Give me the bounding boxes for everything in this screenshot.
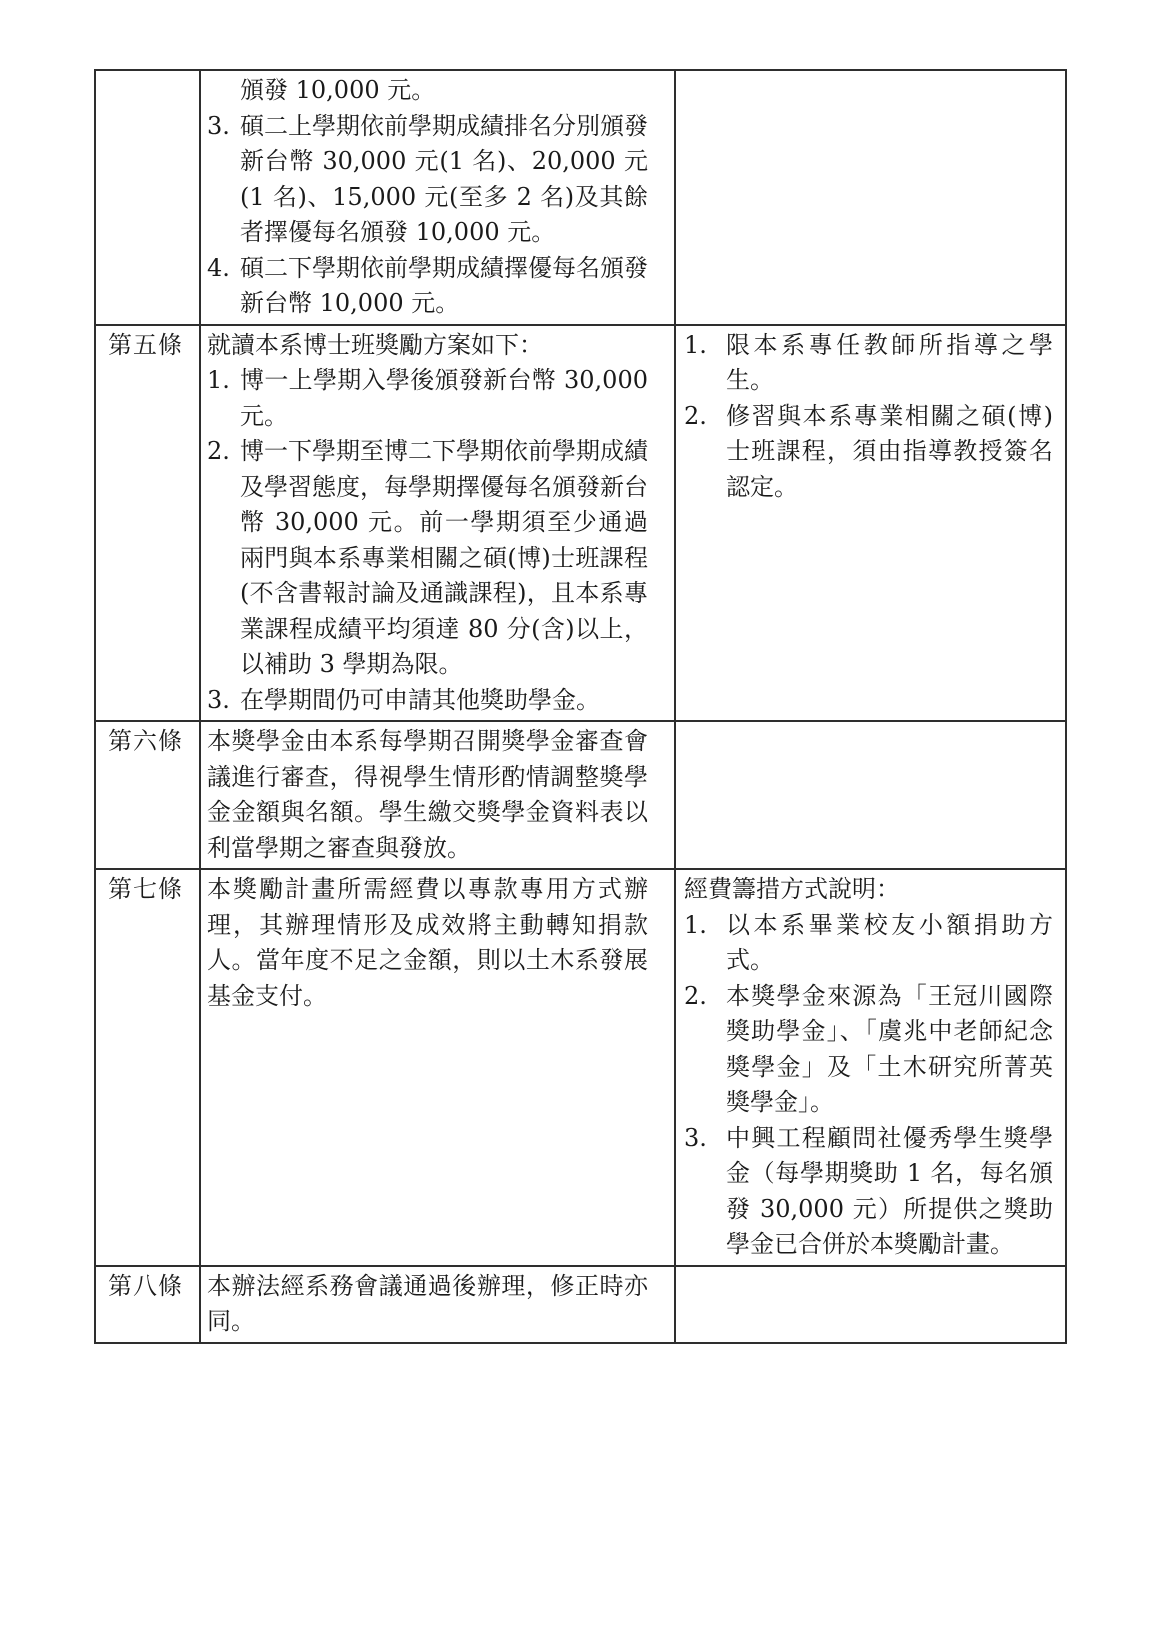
content-paragraph: 本獎學金由本系每學期召開獎學金審查會議進行審查，得視學生情形酌情調整獎學金金額與… bbox=[207, 724, 648, 866]
list-item: 1.博一上學期入學後頒發新台幣 30,000 元。 bbox=[207, 363, 648, 434]
regulation-table: 頒發 10,000 元。 3.碩二上學期依前學期成績排名分別頒發新台幣 30,0… bbox=[94, 69, 1067, 1344]
table-row-article-8: 第八條 本辦法經系務會議通過後辦理，修正時亦同。 bbox=[95, 1266, 1066, 1343]
item-text: 碩二下學期依前學期成績擇優每名頒發新台幣 10,000 元。 bbox=[240, 254, 648, 318]
table-row-article-7: 第七條 本獎勵計畫所需經費以專款專用方式辦理，其辦理情形及成效將主動轉知捐款人。… bbox=[95, 869, 1066, 1266]
notes-lead: 經費籌措方式說明： bbox=[684, 872, 1053, 908]
article-label-cell: 第六條 bbox=[95, 721, 200, 869]
article-label-cell: 第五條 bbox=[95, 325, 200, 722]
notes-cell: 1.限本系專任教師所指導之學生。 2.修習與本系專業相關之碩(博)士班課程，須由… bbox=[675, 325, 1066, 722]
item-text: 以本系畢業校友小額捐助方式。 bbox=[726, 911, 1053, 975]
list-item: 3.中興工程顧問社優秀學生獎學金（每學期獎助 1 名，每名頒發 30,000 元… bbox=[684, 1121, 1053, 1263]
item-number: 1. bbox=[684, 328, 707, 364]
content-cell: 本獎學金由本系每學期召開獎學金審查會議進行審查，得視學生情形酌情調整獎學金金額與… bbox=[200, 721, 675, 869]
list-item: 2.博一下學期至博二下學期依前學期成績及學習態度，每學期擇優每名頒發新台幣 30… bbox=[207, 434, 648, 683]
content-lead: 就讀本系博士班獎勵方案如下： bbox=[207, 328, 648, 364]
list-item: 1.限本系專任教師所指導之學生。 bbox=[684, 328, 1053, 399]
content-paragraph: 本獎勵計畫所需經費以專款專用方式辦理，其辦理情形及成效將主動轉知捐款人。當年度不… bbox=[207, 872, 648, 1014]
item-text: 中興工程顧問社優秀學生獎學金（每學期獎助 1 名，每名頒發 30,000 元）所… bbox=[726, 1124, 1053, 1259]
content-continuation-line: 頒發 10,000 元。 bbox=[207, 73, 648, 109]
article-label-cell: 第七條 bbox=[95, 869, 200, 1266]
item-number: 4. bbox=[207, 251, 230, 287]
item-number: 2. bbox=[684, 399, 707, 435]
item-number: 1. bbox=[207, 363, 230, 399]
content-cell: 本獎勵計畫所需經費以專款專用方式辦理，其辦理情形及成效將主動轉知捐款人。當年度不… bbox=[200, 869, 675, 1266]
notes-cell bbox=[675, 70, 1066, 325]
notes-cell bbox=[675, 1266, 1066, 1343]
item-text: 在學期間仍可申請其他獎助學金。 bbox=[240, 686, 600, 714]
item-number: 3. bbox=[207, 109, 230, 145]
item-text: 博一上學期入學後頒發新台幣 30,000 元。 bbox=[240, 366, 648, 430]
notes-cell bbox=[675, 721, 1066, 869]
content-paragraph: 本辦法經系務會議通過後辦理，修正時亦同。 bbox=[207, 1269, 648, 1340]
item-text: 本獎學金來源為「王冠川國際獎助學金」、「虞兆中老師紀念獎學金」及「土木研究所菁英… bbox=[726, 982, 1053, 1117]
item-number: 2. bbox=[207, 434, 230, 470]
table-row-article-6: 第六條 本獎學金由本系每學期召開獎學金審查會議進行審查，得視學生情形酌情調整獎學… bbox=[95, 721, 1066, 869]
notes-cell: 經費籌措方式說明： 1.以本系畢業校友小額捐助方式。 2.本獎學金來源為「王冠川… bbox=[675, 869, 1066, 1266]
item-number: 3. bbox=[207, 683, 230, 719]
list-item: 2.本獎學金來源為「王冠川國際獎助學金」、「虞兆中老師紀念獎學金」及「土木研究所… bbox=[684, 979, 1053, 1121]
item-number: 3. bbox=[684, 1121, 707, 1157]
table-row-article-5: 第五條 就讀本系博士班獎勵方案如下： 1.博一上學期入學後頒發新台幣 30,00… bbox=[95, 325, 1066, 722]
item-text: 修習與本系專業相關之碩(博)士班課程，須由指導教授簽名認定。 bbox=[726, 402, 1053, 501]
item-number: 1. bbox=[684, 908, 707, 944]
table-row-continuation: 頒發 10,000 元。 3.碩二上學期依前學期成績排名分別頒發新台幣 30,0… bbox=[95, 70, 1066, 325]
content-cell: 本辦法經系務會議通過後辦理，修正時亦同。 bbox=[200, 1266, 675, 1343]
list-item: 3.在學期間仍可申請其他獎助學金。 bbox=[207, 683, 648, 719]
content-cell: 頒發 10,000 元。 3.碩二上學期依前學期成績排名分別頒發新台幣 30,0… bbox=[200, 70, 675, 325]
item-text: 限本系專任教師所指導之學生。 bbox=[726, 331, 1053, 395]
item-text: 碩二上學期依前學期成績排名分別頒發新台幣 30,000 元(1 名)、20,00… bbox=[240, 112, 648, 247]
list-item: 1.以本系畢業校友小額捐助方式。 bbox=[684, 908, 1053, 979]
item-text: 博一下學期至博二下學期依前學期成績及學習態度，每學期擇優每名頒發新台幣 30,0… bbox=[240, 437, 648, 678]
list-item: 3.碩二上學期依前學期成績排名分別頒發新台幣 30,000 元(1 名)、20,… bbox=[207, 109, 648, 251]
article-label-cell bbox=[95, 70, 200, 325]
list-item: 4.碩二下學期依前學期成績擇優每名頒發新台幣 10,000 元。 bbox=[207, 251, 648, 322]
document-page: 頒發 10,000 元。 3.碩二上學期依前學期成績排名分別頒發新台幣 30,0… bbox=[0, 0, 1160, 1640]
content-cell: 就讀本系博士班獎勵方案如下： 1.博一上學期入學後頒發新台幣 30,000 元。… bbox=[200, 325, 675, 722]
list-item: 2.修習與本系專業相關之碩(博)士班課程，須由指導教授簽名認定。 bbox=[684, 399, 1053, 506]
article-label-cell: 第八條 bbox=[95, 1266, 200, 1343]
item-number: 2. bbox=[684, 979, 707, 1015]
